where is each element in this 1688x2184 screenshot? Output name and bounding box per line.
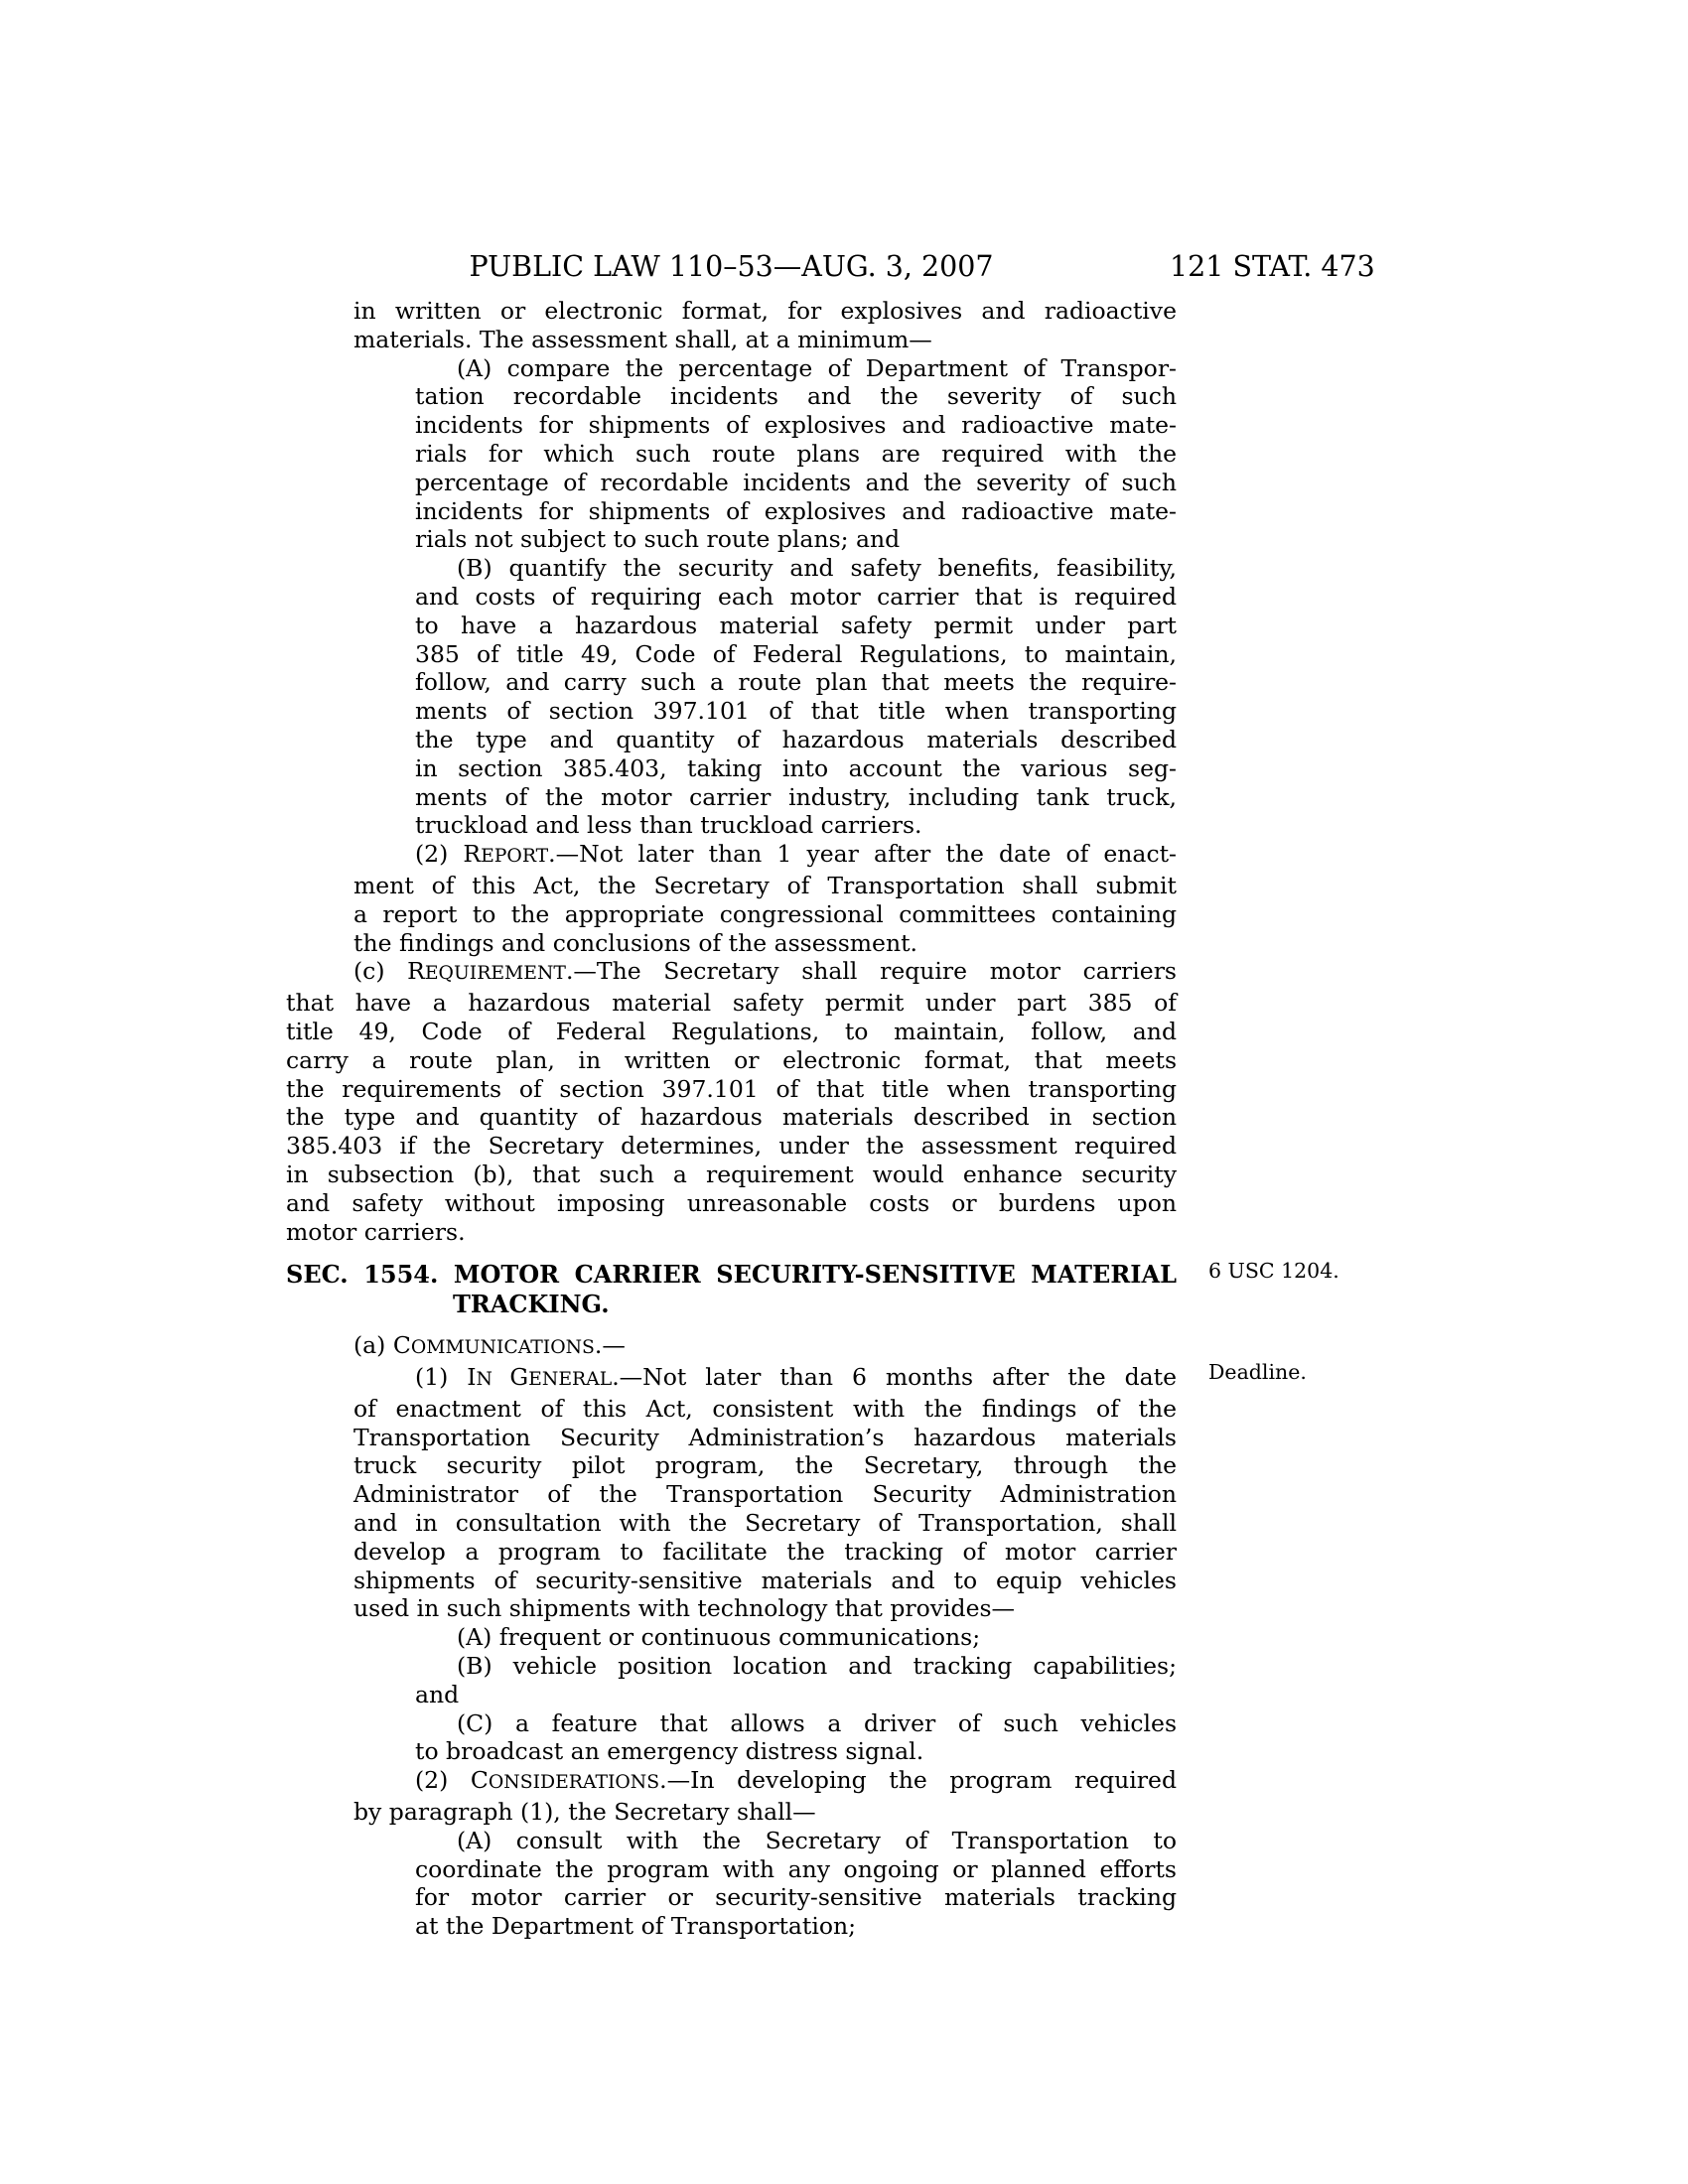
section-heading: SEC. 1554. MOTOR CARRIER SECURITY-SENSIT… [286, 1260, 1177, 1319]
text-run: materials. The assessment shall, at a mi… [353, 326, 932, 353]
text-run: the type and quantity of hazardous mater… [286, 1103, 1177, 1131]
text-run: of enactment of this Act, consistent wit… [353, 1395, 1177, 1423]
text-line: incidents for shipments of explosives an… [286, 411, 1177, 440]
text-run: .—The Secretary shall require motor carr… [566, 957, 1177, 985]
running-head-law-title: PUBLIC LAW 110–53—AUG. 3, 2007 [286, 250, 1177, 283]
text-run: in written or electronic format, for exp… [353, 297, 1177, 325]
text-line: (A) frequent or continuous communication… [286, 1623, 1177, 1652]
text-run: (1) I [415, 1363, 477, 1391]
text-line: (A) compare the percentage of Department… [286, 354, 1177, 383]
statute-text-column: in written or electronic format, for exp… [286, 297, 1177, 1941]
text-line: motor carriers. [286, 1218, 1177, 1247]
text-run: incidents for shipments of explosives an… [415, 411, 1177, 439]
text-line: by paragraph (1), the Secretary shall— [286, 1798, 1177, 1827]
text-run: ments of the motor carrier industry, inc… [415, 783, 1177, 811]
text-run: that have a hazardous material safety pe… [286, 989, 1177, 1017]
text-run: (B) quantify the security and safety ben… [457, 554, 1177, 582]
small-caps-text: ONSIDERATIONS [489, 1772, 659, 1793]
text-line: ments of the motor carrier industry, inc… [286, 783, 1177, 812]
text-run: coordinate the program with any ongoing … [415, 1855, 1177, 1883]
text-line: (A) consult with the Secretary of Transp… [286, 1827, 1177, 1855]
text-run: tation recordable incidents and the seve… [415, 382, 1177, 410]
text-run: to have a hazardous material safety perm… [415, 612, 1177, 639]
text-run: a report to the appropriate congressiona… [353, 900, 1177, 928]
text-line: (c) REQUIREMENT.—The Secretary shall req… [286, 957, 1177, 989]
text-line: coordinate the program with any ongoing … [286, 1855, 1177, 1884]
text-line: and safety without imposing unreasonable… [286, 1189, 1177, 1218]
body-part1: in written or electronic format, for exp… [286, 297, 1177, 1246]
text-line: ments of section 397.101 of that title w… [286, 697, 1177, 726]
text-run: the type and quantity of hazardous mater… [415, 726, 1177, 753]
text-run: percentage of recordable incidents and t… [415, 469, 1177, 496]
text-line: (2) CONSIDERATIONS.—In developing the pr… [286, 1766, 1177, 1798]
text-line: percentage of recordable incidents and t… [286, 469, 1177, 497]
small-caps-text: ENERAL [528, 1369, 612, 1390]
text-run: ment of this Act, the Secretary of Trans… [353, 872, 1177, 899]
text-line: (2) REPORT.—Not later than 1 year after … [286, 840, 1177, 872]
text-run: (B) vehicle position location and tracki… [457, 1652, 1177, 1680]
text-line: (B) quantify the security and safety ben… [286, 554, 1177, 583]
text-run: (c) R [353, 957, 425, 985]
text-run: the findings and conclusions of the asse… [353, 929, 917, 957]
text-line: the type and quantity of hazardous mater… [286, 726, 1177, 754]
text-line: at the Department of Transportation; [286, 1912, 1177, 1941]
text-line: and in consultation with the Secretary o… [286, 1509, 1177, 1538]
text-run: G [509, 1363, 528, 1391]
text-line: truckload and less than truckload carrie… [286, 811, 1177, 840]
small-caps-text: EQUIREMENT [425, 963, 566, 984]
text-line: (1) IN GENERAL.—Not later than 6 months … [286, 1363, 1177, 1395]
text-line: of enactment of this Act, consistent wit… [286, 1395, 1177, 1424]
text-run: truckload and less than truckload carrie… [415, 811, 922, 839]
text-line: follow, and carry such a route plan that… [286, 668, 1177, 697]
stat-page-number: 121 STAT. 473 [1170, 250, 1388, 283]
text-line: in subsection (b), that such a requireme… [286, 1160, 1177, 1189]
text-run: at the Department of Transportation; [415, 1912, 856, 1940]
text-line: the findings and conclusions of the asse… [286, 929, 1177, 958]
text-run: and in consultation with the Secretary o… [353, 1509, 1177, 1537]
text-line: for motor carrier or security-sensitive … [286, 1883, 1177, 1912]
text-run: motor carriers. [286, 1218, 466, 1246]
text-run: truck security pilot program, the Secret… [353, 1451, 1177, 1479]
small-caps-text: OMMUNICATIONS [411, 1337, 595, 1358]
text-run: develop a program to facilitate the trac… [353, 1538, 1177, 1566]
text-line: Administrator of the Transportation Secu… [286, 1480, 1177, 1509]
text-line: carry a route plan, in written or electr… [286, 1046, 1177, 1075]
text-run: the requirements of section 397.101 of t… [286, 1075, 1177, 1103]
text-run: for motor carrier or security-sensitive … [415, 1883, 1177, 1911]
text-line: and [286, 1681, 1177, 1709]
text-line: 385.403 if the Secretary determines, und… [286, 1132, 1177, 1160]
text-run: follow, and carry such a route plan that… [415, 668, 1177, 696]
text-run: .—In developing the program required [659, 1766, 1177, 1794]
text-run: .— [595, 1331, 626, 1359]
text-line: a report to the appropriate congressiona… [286, 900, 1177, 929]
text-line: used in such shipments with technology t… [286, 1594, 1177, 1623]
section-heading-line1: SEC. 1554. MOTOR CARRIER SECURITY-SENSIT… [286, 1260, 1177, 1290]
margin-note-deadline: Deadline. [1208, 1360, 1307, 1384]
text-run: (A) compare the percentage of Department… [457, 354, 1177, 382]
text-line: and costs of requiring each motor carrie… [286, 583, 1177, 612]
statute-page: PUBLIC LAW 110–53—AUG. 3, 2007 121 STAT.… [0, 0, 1688, 2184]
text-run: in subsection (b), that such a requireme… [286, 1160, 1177, 1188]
text-line: truck security pilot program, the Secret… [286, 1451, 1177, 1480]
text-line: rials for which such route plans are req… [286, 440, 1177, 469]
small-caps-text: N [477, 1369, 510, 1390]
text-line: (B) vehicle position location and tracki… [286, 1652, 1177, 1681]
text-run: (A) consult with the Secretary of Transp… [457, 1827, 1177, 1854]
text-run: rials for which such route plans are req… [415, 440, 1177, 468]
text-run: and safety without imposing unreasonable… [286, 1189, 1177, 1217]
text-run: .—Not later than 6 months after the date [612, 1363, 1177, 1391]
text-run: (C) a feature that allows a driver of su… [457, 1709, 1177, 1737]
body-part2: (a) COMMUNICATIONS.—(1) IN GENERAL.—Not … [286, 1331, 1177, 1941]
text-run: rials not subject to such route plans; a… [415, 525, 900, 553]
text-run: to broadcast an emergency distress signa… [415, 1737, 923, 1765]
text-run: in section 385.403, taking into account … [415, 754, 1177, 782]
text-line: title 49, Code of Federal Regulations, t… [286, 1018, 1177, 1046]
text-run: and [415, 1681, 459, 1708]
text-line: that have a hazardous material safety pe… [286, 989, 1177, 1018]
text-line: (C) a feature that allows a driver of su… [286, 1709, 1177, 1738]
text-run: Transportation Security Administration’s… [353, 1424, 1177, 1451]
text-line: shipments of security-sensitive material… [286, 1567, 1177, 1595]
text-run: Administrator of the Transportation Secu… [353, 1480, 1177, 1508]
text-line: in section 385.403, taking into account … [286, 754, 1177, 783]
text-run: title 49, Code of Federal Regulations, t… [286, 1018, 1177, 1045]
text-line: rials not subject to such route plans; a… [286, 525, 1177, 554]
text-run: (a) C [353, 1331, 411, 1359]
text-run: by paragraph (1), the Secretary shall— [353, 1798, 816, 1826]
text-line: in written or electronic format, for exp… [286, 297, 1177, 326]
text-run: (2) C [415, 1766, 489, 1794]
text-run: and costs of requiring each motor carrie… [415, 583, 1177, 611]
text-line: 385 of title 49, Code of Federal Regulat… [286, 640, 1177, 669]
text-run: incidents for shipments of explosives an… [415, 497, 1177, 525]
small-caps-text: EPORT [481, 846, 548, 867]
text-line: develop a program to facilitate the trac… [286, 1538, 1177, 1567]
text-run: 385.403 if the Secretary determines, und… [286, 1132, 1177, 1160]
text-line: incidents for shipments of explosives an… [286, 497, 1177, 526]
text-run: shipments of security-sensitive material… [353, 1567, 1177, 1594]
text-run: ments of section 397.101 of that title w… [415, 697, 1177, 725]
text-line: to have a hazardous material safety perm… [286, 612, 1177, 640]
text-run: (A) frequent or continuous communication… [457, 1623, 980, 1651]
text-run: .—Not later than 1 year after the date o… [548, 840, 1177, 868]
margin-note-usc-citation: 6 USC 1204. [1208, 1259, 1339, 1283]
text-line: (a) COMMUNICATIONS.— [286, 1331, 1177, 1363]
text-line: Transportation Security Administration’s… [286, 1424, 1177, 1452]
text-run: (2) R [415, 840, 481, 868]
text-line: ment of this Act, the Secretary of Trans… [286, 872, 1177, 900]
text-line: to broadcast an emergency distress signa… [286, 1737, 1177, 1766]
text-run: 385 of title 49, Code of Federal Regulat… [415, 640, 1177, 668]
text-run: carry a route plan, in written or electr… [286, 1046, 1177, 1074]
section-heading-line2: TRACKING. [286, 1290, 1177, 1319]
text-line: materials. The assessment shall, at a mi… [286, 326, 1177, 354]
text-line: the type and quantity of hazardous mater… [286, 1103, 1177, 1132]
text-line: the requirements of section 397.101 of t… [286, 1075, 1177, 1104]
text-run: used in such shipments with technology t… [353, 1594, 1015, 1622]
text-line: tation recordable incidents and the seve… [286, 382, 1177, 411]
